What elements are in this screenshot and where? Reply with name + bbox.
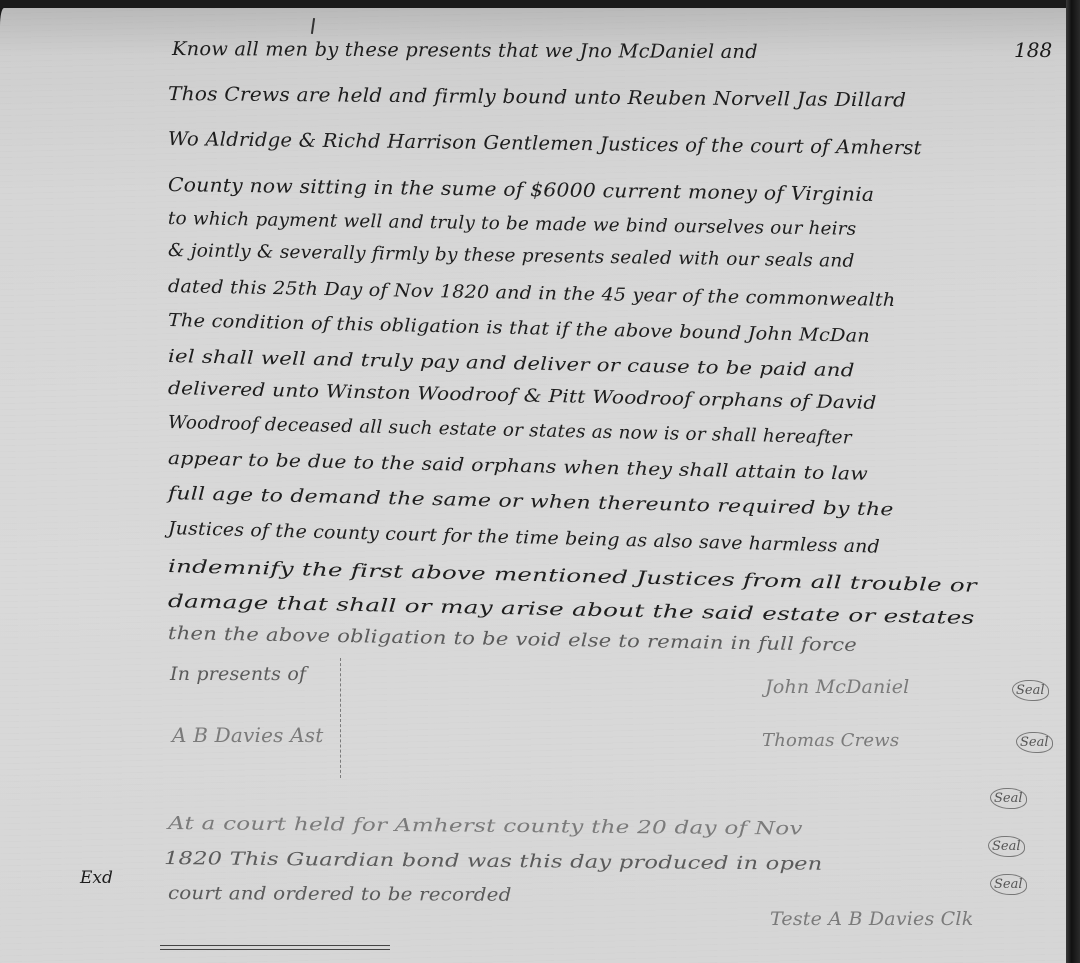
court-entry-line-1: At a court held for Amherst county the 2… — [168, 813, 803, 840]
bond-line-15: indemnify the first above mentioned Just… — [168, 556, 977, 597]
stray-mark — [311, 18, 315, 34]
bond-line-8: The condition of this obligation is that… — [168, 310, 870, 347]
court-entry-line-2: 1820 This Guardian bond was this day pro… — [164, 848, 823, 875]
bond-line-7: dated this 25th Day of Nov 1820 and in t… — [168, 276, 896, 311]
margin-note-examined: Exd — [80, 868, 113, 888]
bond-line-5: to which payment well and truly to be ma… — [168, 208, 857, 240]
closing-rule-2 — [160, 949, 390, 950]
bond-line-6: & jointly & severally firmly by these pr… — [168, 240, 855, 272]
bond-line-1: Know all men by these presents that we J… — [172, 38, 758, 63]
witness-label: In presents of — [170, 663, 306, 685]
court-seal-3: Seal — [990, 874, 1027, 895]
bond-line-14: Justices of the county court for the tim… — [168, 518, 880, 558]
bond-line-16: damage that shall or may arise about the… — [168, 591, 975, 629]
bond-line-17: then the above obligation to be void els… — [168, 623, 857, 656]
closing-rule — [160, 945, 390, 946]
court-seal-2: Seal — [988, 836, 1025, 857]
bond-line-10: delivered unto Winston Woodroof & Pitt W… — [168, 378, 877, 414]
clerk-attestation: Teste A B Davies Clk — [770, 908, 973, 930]
signature-mcdaniel: John McDaniel — [765, 676, 909, 698]
witness-brace — [340, 658, 357, 778]
signature-crews: Thomas Crews — [762, 730, 899, 751]
bond-line-13: full age to demand the same or when ther… — [168, 483, 894, 520]
seal-mcdaniel: Seal — [1012, 680, 1049, 701]
witness-signature: A B Davies Ast — [172, 723, 324, 747]
bond-line-4: County now sitting in the sume of $6000 … — [168, 174, 875, 206]
court-entry-line-3: court and ordered to be recorded — [168, 883, 512, 906]
bond-line-12: appear to be due to the said orphans whe… — [168, 448, 868, 485]
court-seal-1: Seal — [990, 788, 1027, 809]
binding-edge — [1066, 0, 1080, 963]
bond-line-2: Thos Crews are held and firmly bound unt… — [168, 83, 906, 111]
bond-line-9: iel shall well and truly pay and deliver… — [168, 346, 855, 381]
bond-line-11: Woodroof deceased all such estate or sta… — [168, 412, 852, 449]
seal-crews: Seal — [1016, 732, 1053, 753]
page-number: 188 — [1014, 38, 1052, 62]
document-page: 188 Know all men by these presents that … — [0, 8, 1066, 963]
bond-line-3: Wo Aldridge & Richd Harrison Gentlemen J… — [168, 128, 922, 159]
